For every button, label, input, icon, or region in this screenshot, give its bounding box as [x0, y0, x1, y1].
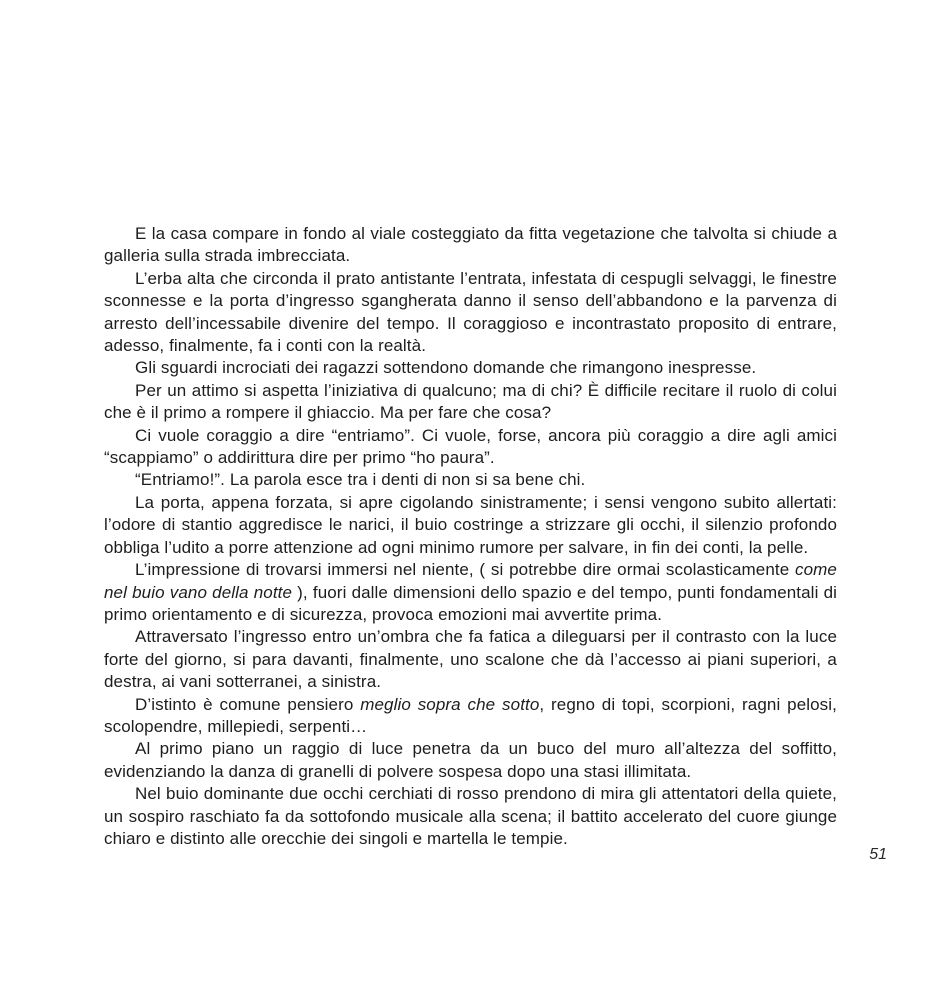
paragraph: Al primo piano un raggio di luce penetra… — [104, 738, 837, 783]
italic-text-run: meglio sopra che sotto — [360, 695, 539, 714]
text-run: L’impressione di trovarsi immersi nel ni… — [135, 560, 795, 579]
text-run: “Entriamo!”. La parola esce tra i denti … — [135, 470, 585, 489]
text-run: E la casa compare in fondo al viale cost… — [104, 224, 837, 265]
paragraph: L’erba alta che circonda il prato antist… — [104, 268, 837, 358]
text-run: Al primo piano un raggio di luce penetra… — [104, 739, 837, 780]
paragraph: Ci vuole coraggio a dire “entriamo”. Ci … — [104, 425, 837, 470]
book-page: E la casa compare in fondo al viale cost… — [0, 0, 942, 1000]
paragraph: La porta, appena forzata, si apre cigola… — [104, 492, 837, 559]
paragraph: Per un attimo si aspetta l’iniziativa di… — [104, 380, 837, 425]
paragraph: Attraversato l’ingresso entro un’ombra c… — [104, 626, 837, 693]
page-number: 51 — [869, 846, 887, 864]
paragraph: “Entriamo!”. La parola esce tra i denti … — [104, 469, 837, 491]
paragraph: L’impressione di trovarsi immersi nel ni… — [104, 559, 837, 626]
paragraph: E la casa compare in fondo al viale cost… — [104, 223, 837, 268]
text-run: Ci vuole coraggio a dire “entriamo”. Ci … — [104, 426, 837, 467]
page-text: E la casa compare in fondo al viale cost… — [104, 223, 837, 850]
paragraph: Gli sguardi incrociati dei ragazzi sotte… — [104, 357, 837, 379]
text-run: L’erba alta che circonda il prato antist… — [104, 269, 837, 355]
text-run: Attraversato l’ingresso entro un’ombra c… — [104, 627, 837, 691]
text-run: La porta, appena forzata, si apre cigola… — [104, 493, 837, 557]
text-run: D’istinto è comune pensiero — [135, 695, 360, 714]
text-run: Per un attimo si aspetta l’iniziativa di… — [104, 381, 837, 422]
paragraph: D’istinto è comune pensiero meglio sopra… — [104, 694, 837, 739]
text-run: Nel buio dominante due occhi cerchiati d… — [104, 784, 837, 848]
paragraph: Nel buio dominante due occhi cerchiati d… — [104, 783, 837, 850]
text-run: Gli sguardi incrociati dei ragazzi sotte… — [135, 358, 756, 377]
